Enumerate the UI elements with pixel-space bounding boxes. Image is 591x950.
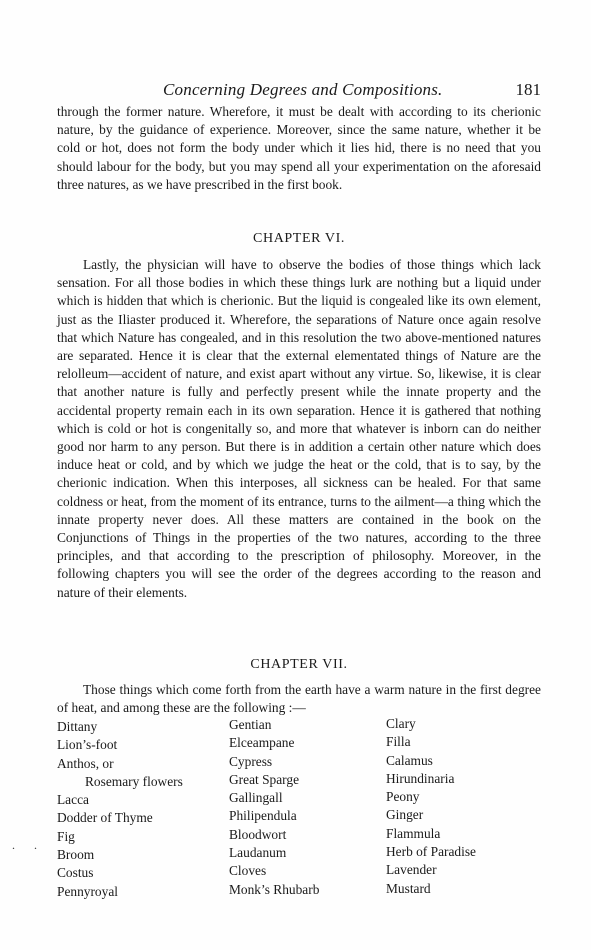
- list-item: Monk’s Rhubarb: [229, 881, 319, 899]
- list-item: Rosemary flowers: [57, 773, 183, 791]
- list-item: Cloves: [229, 862, 319, 880]
- chapter-6-paragraph: Lastly, the physician will have to obser…: [57, 256, 541, 602]
- list-item: Pennyroyal: [57, 883, 183, 901]
- list-item: Hirundinaria: [386, 770, 476, 788]
- continuation-paragraph: through the former nature. Wherefore, it…: [57, 103, 541, 194]
- list-item: Cypress: [229, 753, 319, 771]
- paragraph-text: through the former nature. Wherefore, it…: [57, 103, 541, 194]
- list-item: Flammula: [386, 825, 476, 843]
- chapter-7-heading: CHAPTER VII.: [57, 657, 541, 673]
- plant-list-column-3: Clary Filla Calamus Hirundinaria Peony G…: [386, 715, 476, 898]
- book-page: Concerning Degrees and Compositions. 181…: [0, 0, 591, 950]
- list-item: Ginger: [386, 806, 476, 824]
- list-item: Calamus: [386, 752, 476, 770]
- list-item: Lavender: [386, 861, 476, 879]
- plant-list-column-2: Gentian Elceampane Cypress Great Sparge …: [229, 716, 319, 899]
- list-item: Laudanum: [229, 844, 319, 862]
- list-item: Lion’s-foot: [57, 736, 183, 754]
- plant-list-column-1: Dittany Lion’s-foot Anthos, or Rosemary …: [57, 718, 183, 901]
- page-number: 181: [516, 80, 542, 100]
- list-item: Elceampane: [229, 734, 319, 752]
- running-head: Concerning Degrees and Compositions. 181: [57, 80, 541, 100]
- list-item: Herb of Paradise: [386, 843, 476, 861]
- paragraph-text: Lastly, the physician will have to obser…: [57, 256, 541, 602]
- list-item: Gallingall: [229, 789, 319, 807]
- list-item: Peony: [386, 788, 476, 806]
- margin-mark: . .: [12, 838, 45, 853]
- list-item: Bloodwort: [229, 826, 319, 844]
- list-item: Philipendula: [229, 807, 319, 825]
- list-item: Clary: [386, 715, 476, 733]
- list-item: Dittany: [57, 718, 183, 736]
- list-item: Costus: [57, 864, 183, 882]
- list-item: Fig: [57, 828, 183, 846]
- list-item: Great Sparge: [229, 771, 319, 789]
- list-item: Filla: [386, 733, 476, 751]
- paragraph-text: Those things which come forth from the e…: [57, 681, 541, 717]
- chapter-6-heading: CHAPTER VI.: [57, 231, 541, 247]
- chapter-7-intro: Those things which come forth from the e…: [57, 681, 541, 717]
- list-item: Anthos, or: [57, 755, 183, 773]
- list-item: Gentian: [229, 716, 319, 734]
- list-item: Dodder of Thyme: [57, 809, 183, 827]
- running-title: Concerning Degrees and Compositions.: [163, 80, 443, 100]
- list-item: Mustard: [386, 880, 476, 898]
- list-item: Lacca: [57, 791, 183, 809]
- list-item: Broom: [57, 846, 183, 864]
